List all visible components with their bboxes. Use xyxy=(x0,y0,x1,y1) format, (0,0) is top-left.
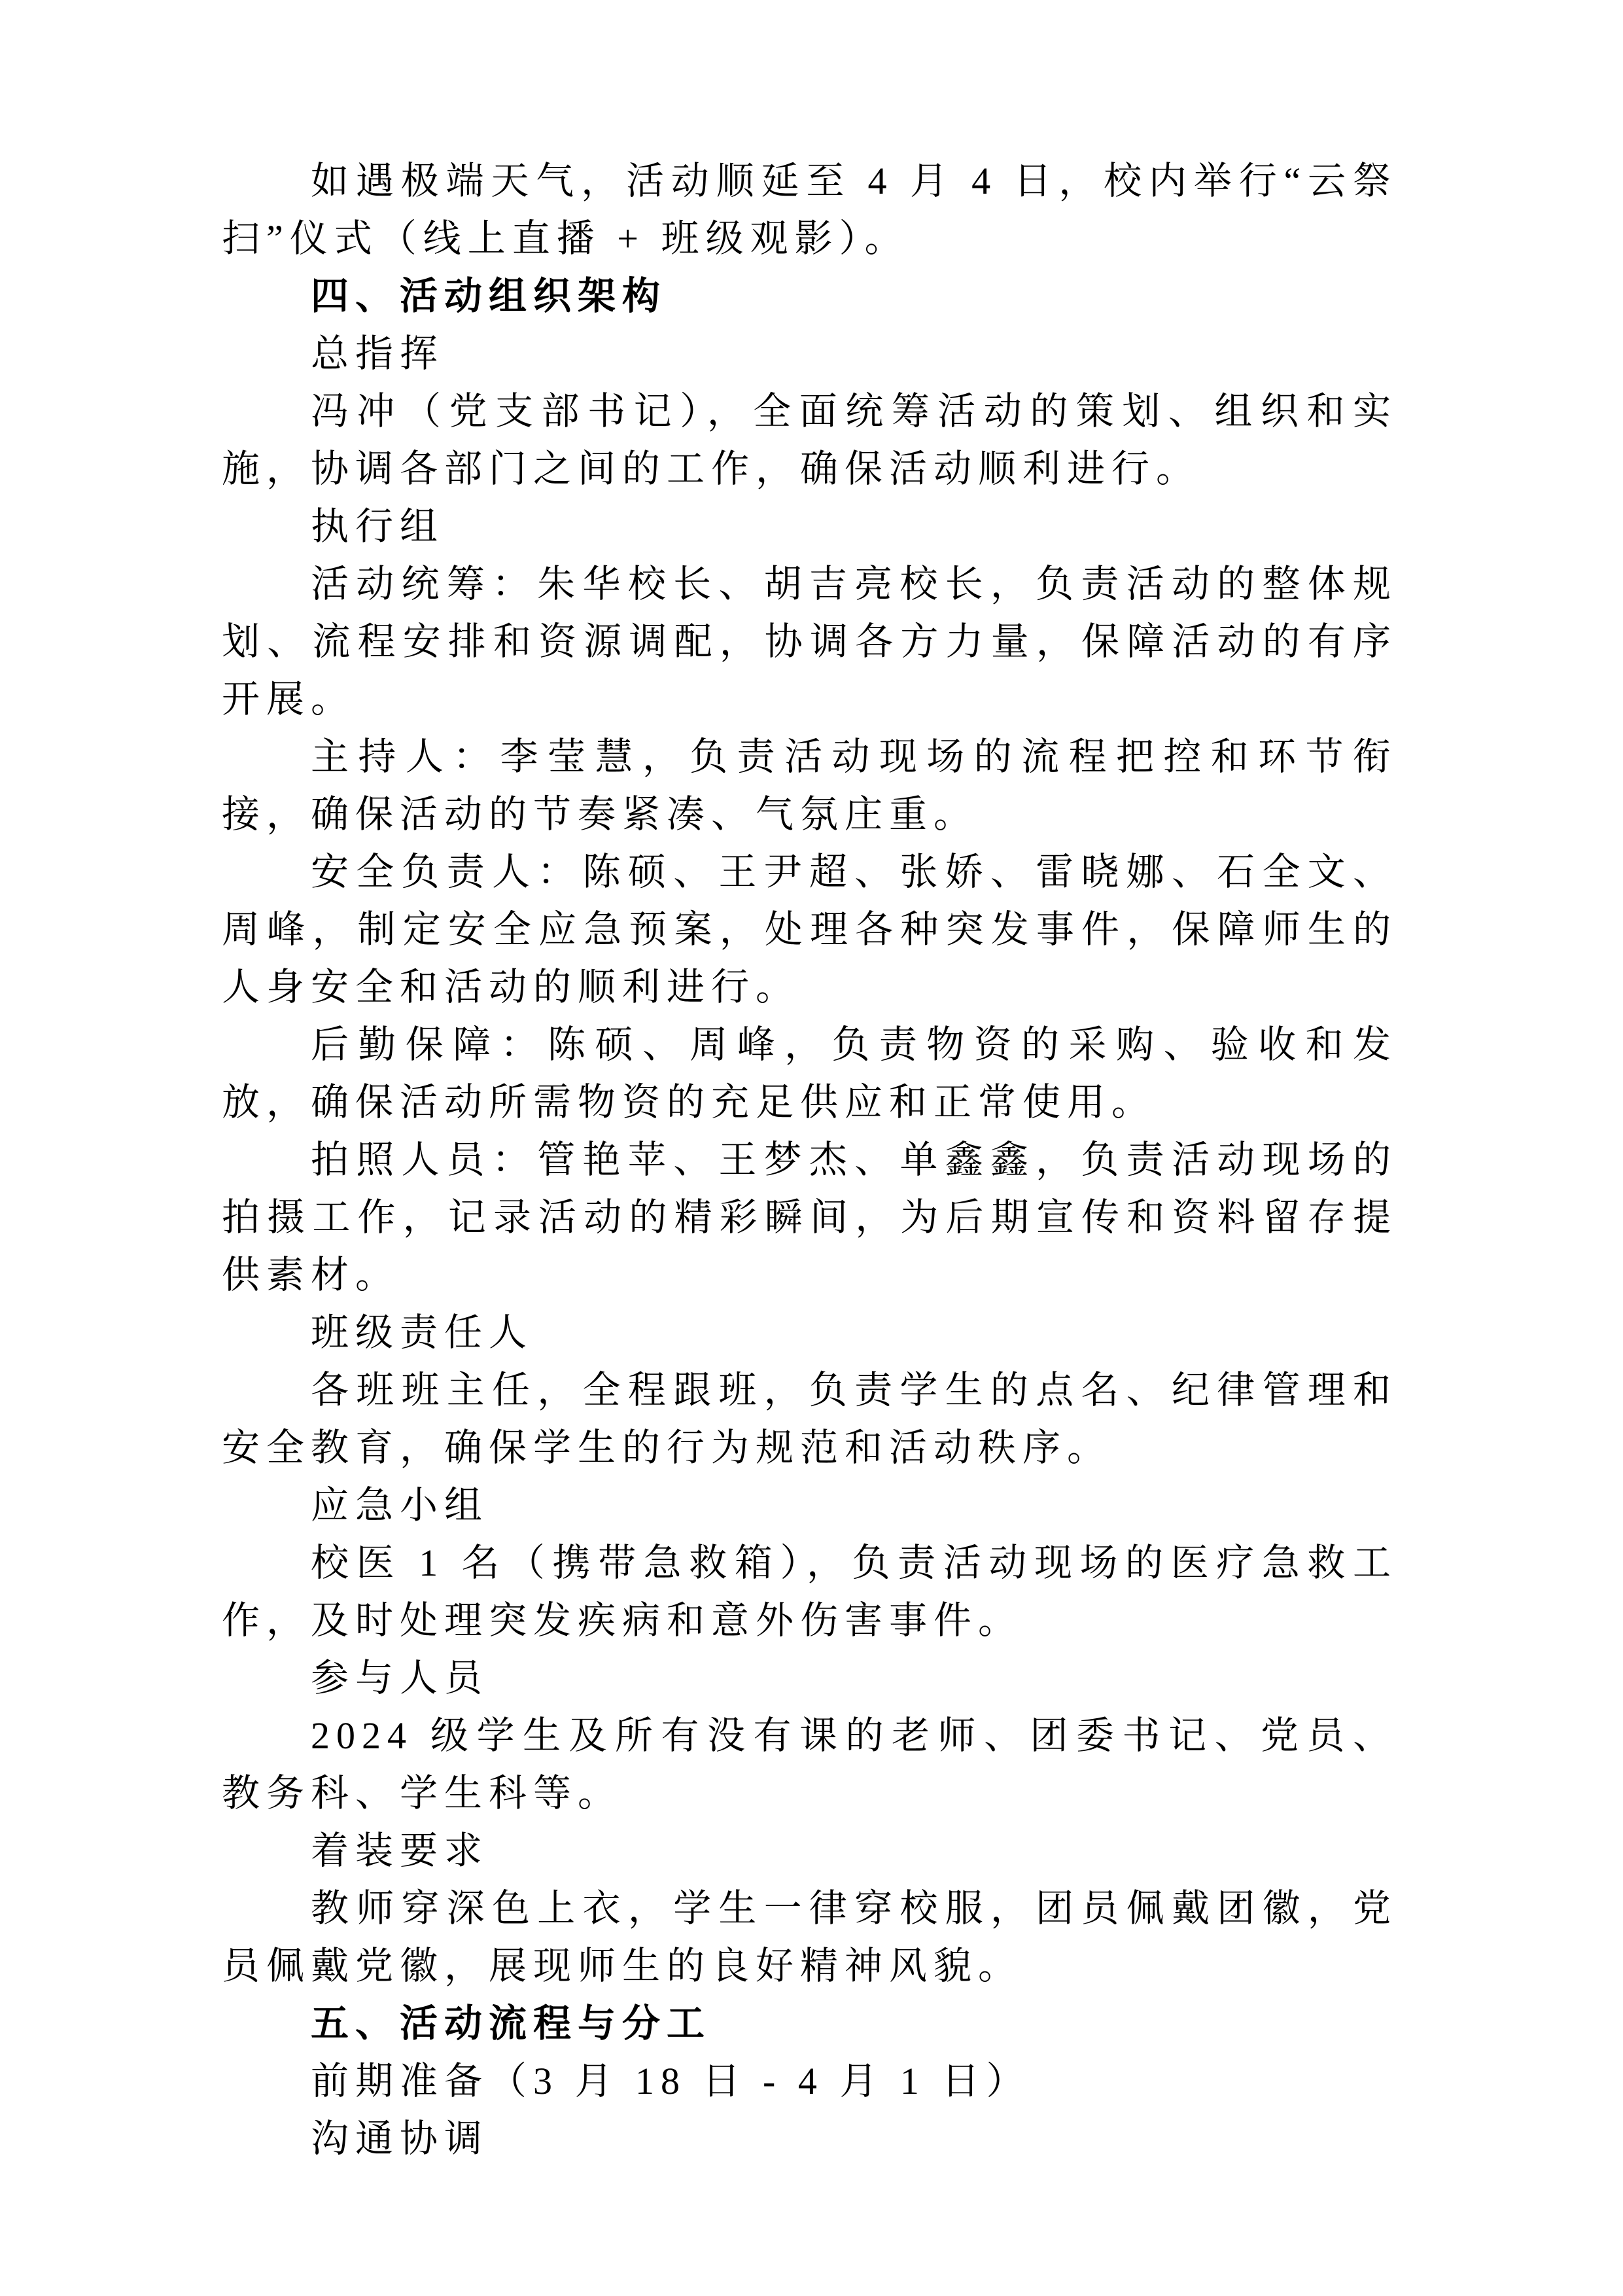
paragraph-execution-group-label: 执行组 xyxy=(222,498,1397,556)
paragraph-participants-detail: 2024 级学生及所有没有课的老师、团委书记、党员、教务科、学生科等。 xyxy=(222,1707,1397,1822)
document-page: 如遇极端天气，活动顺延至 4 月 4 日，校内举行“云祭扫”仪式（线上直播 + … xyxy=(0,0,1623,2296)
paragraph-emergency-team-detail: 校医 1 名（携带急救箱），负责活动现场的医疗急救工作，及时处理突发疾病和意外伤… xyxy=(222,1534,1397,1650)
paragraph-photographers: 拍照人员：管艳苹、王梦杰、单鑫鑫，负责活动现场的拍摄工作，记录活动的精彩瞬间，为… xyxy=(222,1131,1397,1304)
paragraph-class-leads-detail: 各班班主任，全程跟班，负责学生的点名、纪律管理和安全教育，确保学生的行为规范和活… xyxy=(222,1362,1397,1477)
paragraph-communication: 沟通协调 xyxy=(222,2110,1397,2168)
paragraph-class-leads-label: 班级责任人 xyxy=(222,1304,1397,1362)
paragraph-dress-code-detail: 教师穿深色上衣，学生一律穿校服，团员佩戴团徽，党员佩戴党徽，展现师生的良好精神风… xyxy=(222,1880,1397,1995)
paragraph-emergency-team-label: 应急小组 xyxy=(222,1477,1397,1534)
paragraph-logistics: 后勤保障：陈硕、周峰，负责物资的采购、验收和发放，确保活动所需物资的充足供应和正… xyxy=(222,1016,1397,1131)
paragraph-chief-commander-label: 总指挥 xyxy=(222,325,1397,383)
paragraph-participants-label: 参与人员 xyxy=(222,1650,1397,1707)
paragraph-prep-phase: 前期准备（3 月 18 日 - 4 月 1 日） xyxy=(222,2053,1397,2110)
paragraph-host: 主持人：李莹慧，负责活动现场的流程把控和环节衔接，确保活动的节奏紧凑、气氛庄重。 xyxy=(222,728,1397,843)
paragraph-dress-code-label: 着装要求 xyxy=(222,1822,1397,1880)
section-5-heading: 五、活动流程与分工 xyxy=(222,1995,1397,2053)
document-text-block: 如遇极端天气，活动顺延至 4 月 4 日，校内举行“云祭扫”仪式（线上直播 + … xyxy=(222,152,1397,2168)
paragraph-chief-commander-detail: 冯冲（党支部书记），全面统筹活动的策划、组织和实施，协调各部门之间的工作，确保活… xyxy=(222,383,1397,498)
section-4-heading: 四、活动组织架构 xyxy=(222,268,1397,325)
paragraph-activity-coordinators: 活动统筹：朱华校长、胡吉亮校长，负责活动的整体规划、流程安排和资源调配，协调各方… xyxy=(222,556,1397,728)
paragraph-safety-leads: 安全负责人：陈硕、王尹超、张娇、雷晓娜、石全文、周峰，制定安全应急预案，处理各种… xyxy=(222,843,1397,1016)
paragraph-weather-contingency: 如遇极端天气，活动顺延至 4 月 4 日，校内举行“云祭扫”仪式（线上直播 + … xyxy=(222,152,1397,268)
